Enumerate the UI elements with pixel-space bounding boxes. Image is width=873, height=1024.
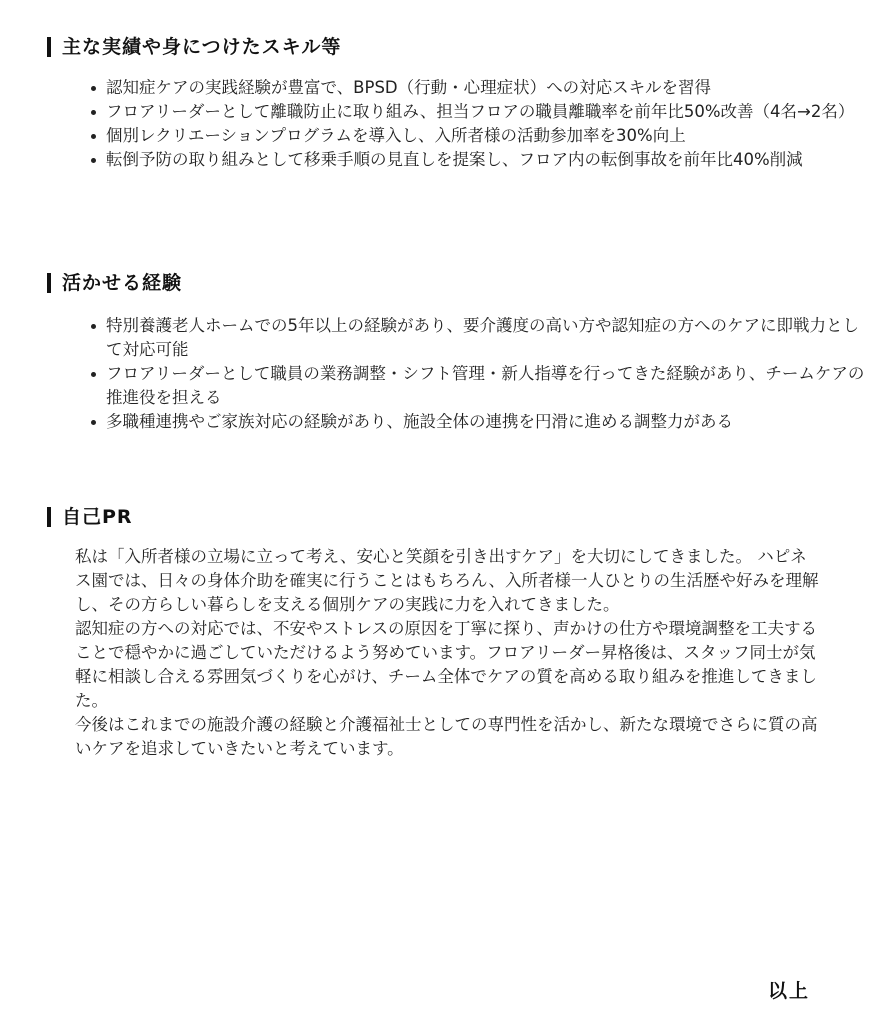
- list-item: 転倒予防の取り組みとして移乗手順の見直しを提案し、フロア内の転倒事故を前年比40…: [88, 148, 858, 172]
- list-item: 特別養護老人ホームでの5年以上の経験があり、要介護度の高い方や認知症の方へのケア…: [88, 314, 868, 362]
- self-pr-paragraph: 認知症の方への対応では、不安やストレスの原因を丁寧に探り、声かけの仕方や環境調整…: [75, 617, 820, 713]
- section-heading-experience: 活かせる経験: [47, 271, 182, 295]
- self-pr-paragraph: 今後はこれまでの施設介護の経験と介護福祉士としての専門性を活かし、新たな環境でさ…: [75, 713, 820, 761]
- experience-list: 特別養護老人ホームでの5年以上の経験があり、要介護度の高い方や認知症の方へのケア…: [88, 314, 868, 434]
- list-item: フロアリーダーとして職員の業務調整・シフト管理・新人指導を行ってきた経験があり、…: [88, 362, 868, 410]
- section-heading-self-pr: 自己PR: [47, 505, 133, 529]
- self-pr-body: 私は「入所者様の立場に立って考え、安心と笑顔を引き出すケア」を大切にしてきました…: [75, 545, 820, 761]
- list-item: 認知症ケアの実践経験が豊富で、BPSD（行動・心理症状）への対応スキルを習得: [88, 76, 858, 100]
- achievements-list: 認知症ケアの実践経験が豊富で、BPSD（行動・心理症状）への対応スキルを習得 フ…: [88, 76, 858, 172]
- closing-mark: 以上: [768, 976, 810, 1003]
- list-item: 個別レクリエーションプログラムを導入し、入所者様の活動参加率を30%向上: [88, 124, 858, 148]
- self-pr-paragraph: 私は「入所者様の立場に立って考え、安心と笑顔を引き出すケア」を大切にしてきました…: [75, 545, 820, 617]
- list-item: フロアリーダーとして離職防止に取り組み、担当フロアの職員離職率を前年比50%改善…: [88, 100, 858, 124]
- list-item: 多職種連携やご家族対応の経験があり、施設全体の連携を円滑に進める調整力がある: [88, 410, 868, 434]
- section-heading-achievements: 主な実績や身につけたスキル等: [47, 35, 341, 59]
